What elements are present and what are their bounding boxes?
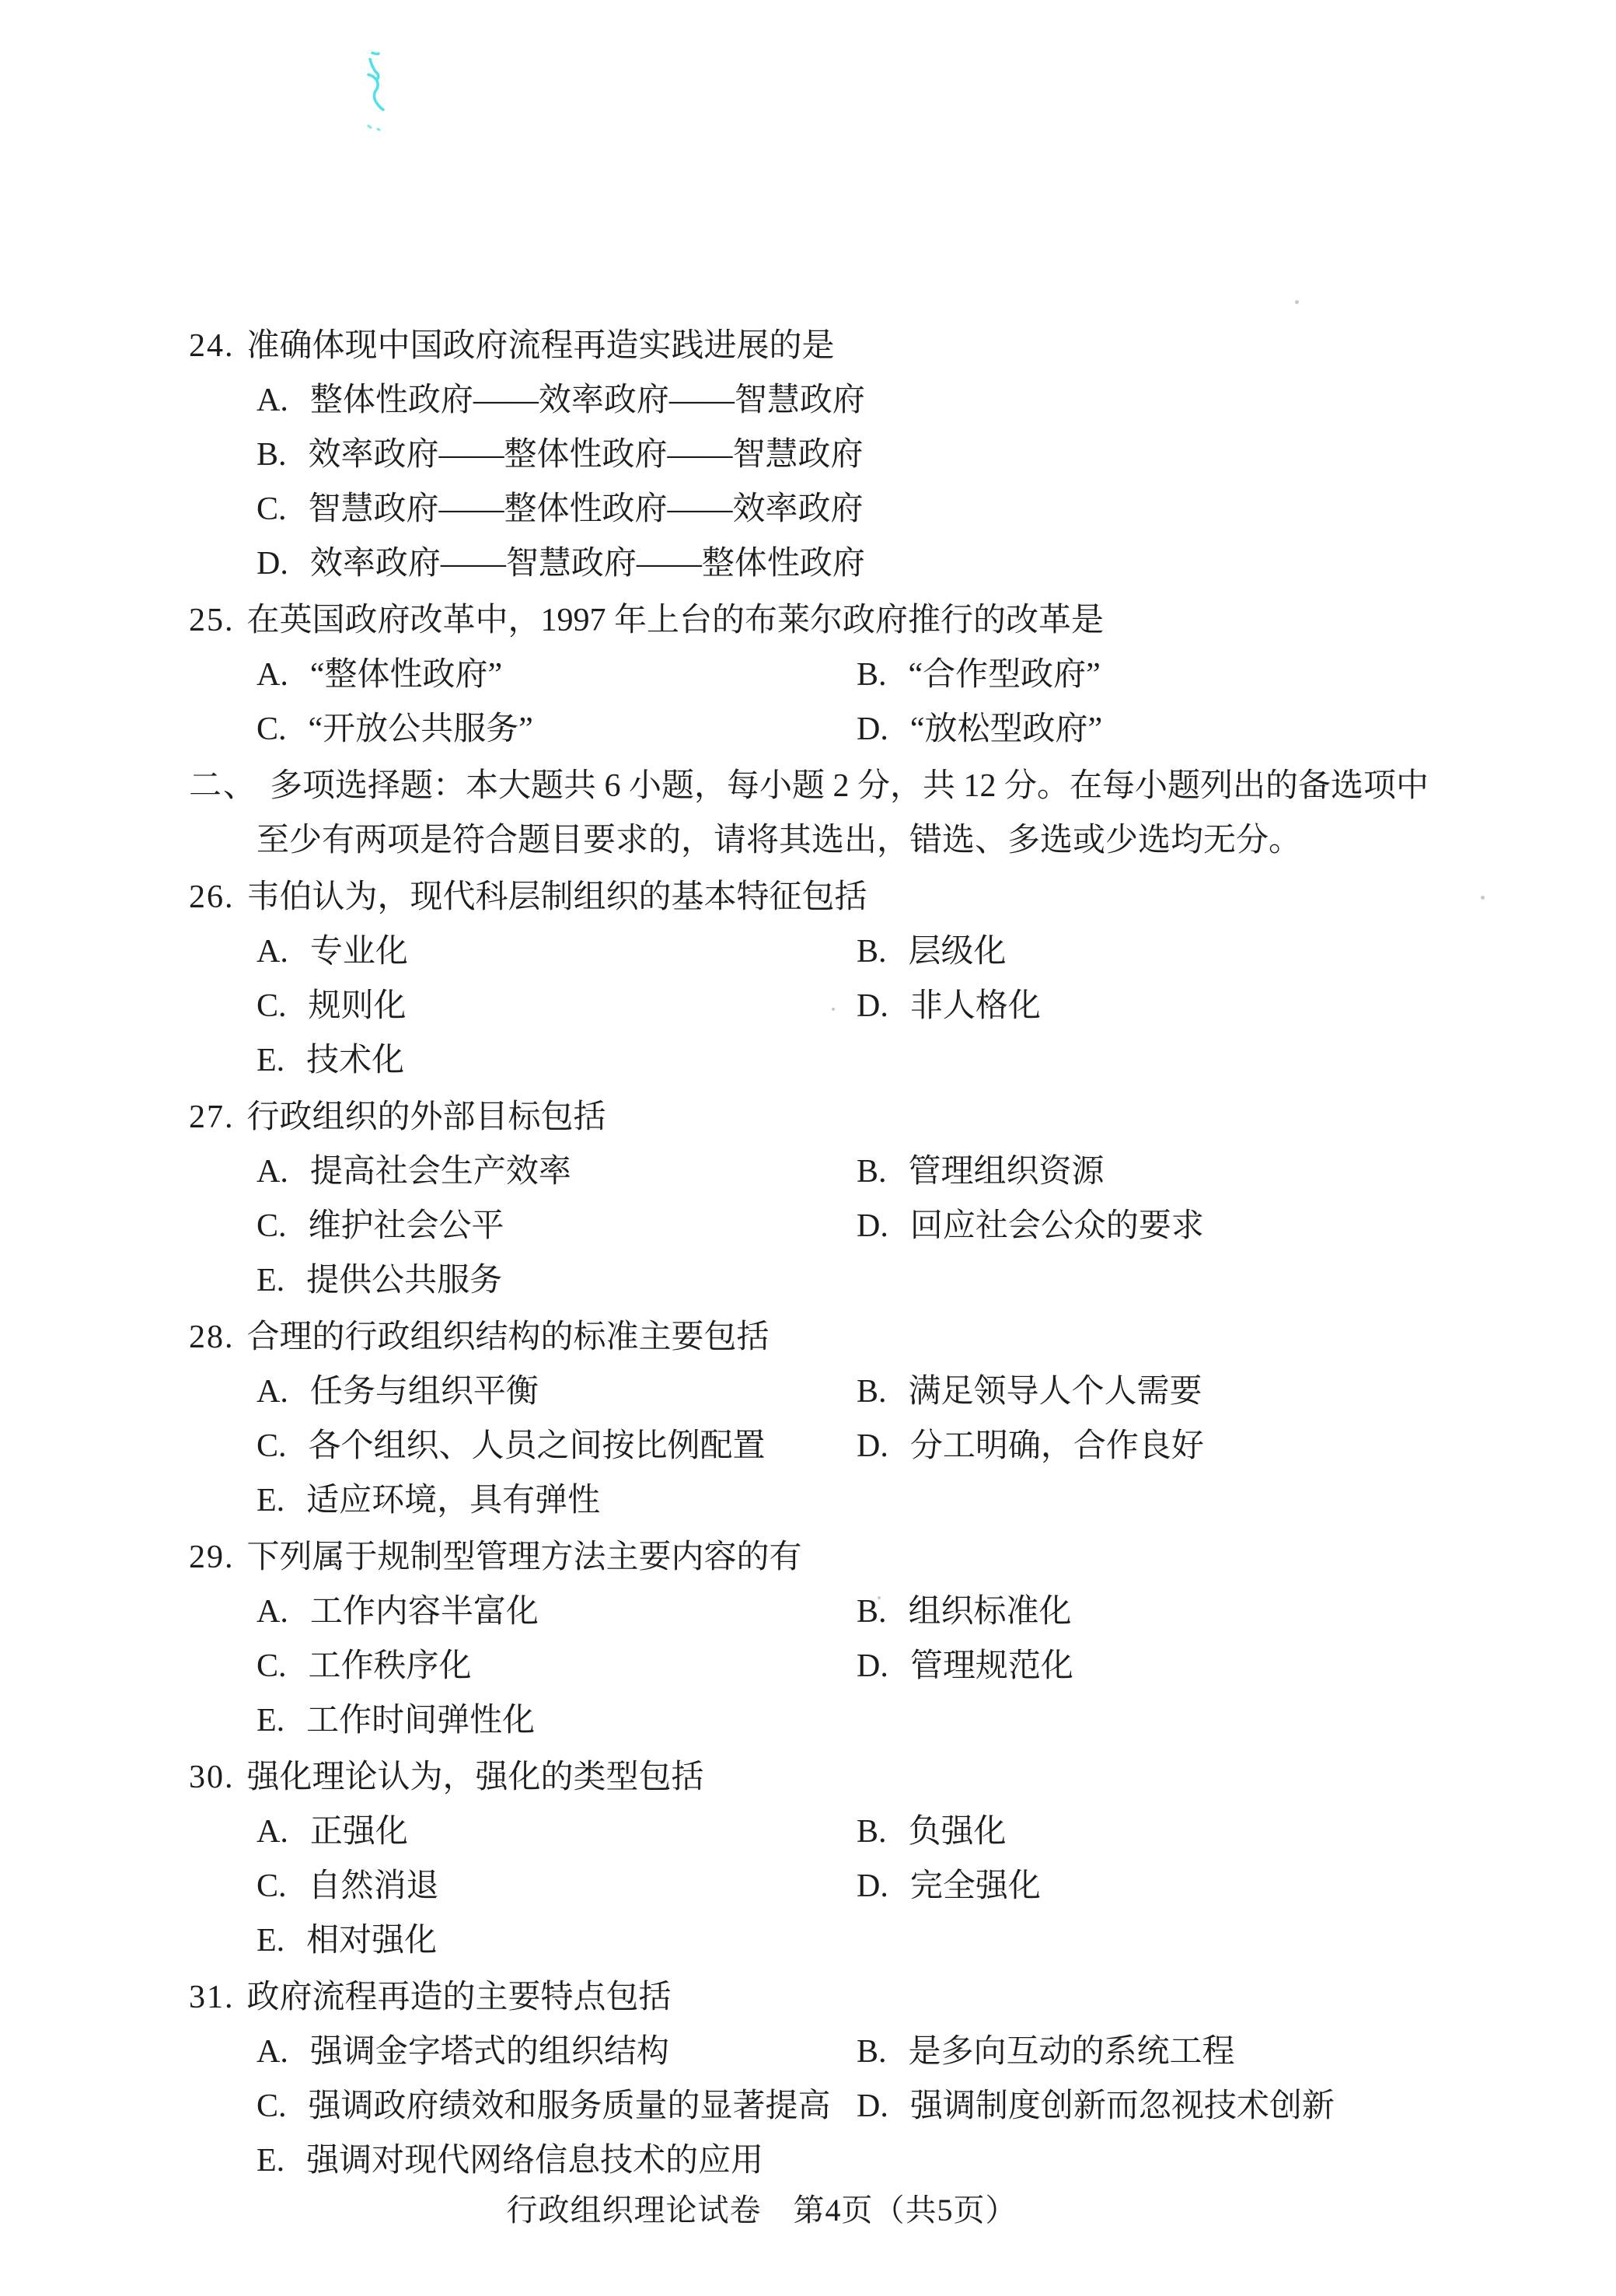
page-footer: 行政组织理论试卷 第4页（共5页） <box>0 2183 1524 2238</box>
exam-content: 24.准确体现中国政府流程再造实践进展的是A.整体性政府——效率政府——智慧政府… <box>0 0 1616 2188</box>
option-row: C.各个组织、人员之间按比例配置D.分工明确，合作良好 <box>0 1419 1616 1473</box>
option-label: D. <box>857 1419 888 1473</box>
option: A.正强化 <box>257 1805 857 1859</box>
option-label: A. <box>257 924 288 979</box>
option-row: A.专业化B.层级化 <box>0 924 1616 979</box>
option-label: D. <box>857 1639 888 1693</box>
option: C.智慧政府——整体性政府——效率政府 <box>257 482 864 536</box>
option: C.工作秩序化 <box>257 1639 857 1693</box>
option: C.维护社会公平 <box>257 1199 857 1253</box>
option-text: 工作内容半富化 <box>310 1594 539 1630</box>
option: E.技术化 <box>257 1033 857 1088</box>
option-text: 智慧政府——整体性政府——效率政府 <box>309 491 864 527</box>
option-label: C. <box>257 1199 287 1253</box>
option-label: A. <box>257 648 288 702</box>
option: B.是多向互动的系统工程 <box>857 2025 1235 2079</box>
option-text: 完全强化 <box>910 1868 1041 1904</box>
option-label: C. <box>257 1419 287 1473</box>
scan-speck <box>832 1008 835 1011</box>
section-header: 二、多项选择题：本大题共 6 小题，每小题 2 分，共 12 分。在每小题列出的… <box>0 759 1616 868</box>
option-row: A.工作内容半富化B.组织标准化 <box>0 1585 1616 1639</box>
option-label: C. <box>257 702 287 757</box>
option-label: A. <box>257 2025 288 2079</box>
option-row: C.维护社会公平D.回应社会公众的要求 <box>0 1199 1616 1253</box>
option-label: B. <box>857 1585 887 1639</box>
option: D.完全强化 <box>857 1859 1041 1913</box>
option-text: 效率政府——整体性政府——智慧政府 <box>309 437 864 473</box>
question-title: 29.下列属于规制型管理方法主要内容的有 <box>0 1530 1616 1585</box>
option-row: E.适应环境，具有弹性 <box>0 1473 1616 1528</box>
option-label: A. <box>257 1805 288 1859</box>
option-row: C.规则化D.非人格化 <box>0 979 1616 1033</box>
option-text: 正强化 <box>310 1814 408 1850</box>
option-row: A.提高社会生产效率B.管理组织资源 <box>0 1145 1616 1199</box>
option-label: B. <box>857 924 887 979</box>
option: A.整体性政府——效率政府——智慧政府 <box>257 373 865 428</box>
option-row: A.任务与组织平衡B.满足领导人个人需要 <box>0 1365 1616 1419</box>
option-label: E. <box>257 2133 284 2188</box>
option-label: E. <box>257 1253 284 1308</box>
option: B.管理组织资源 <box>857 1145 1105 1199</box>
option: B.负强化 <box>857 1805 1007 1859</box>
option: D.效率政府——智慧政府——整体性政府 <box>257 536 865 591</box>
option-label: B. <box>857 1805 887 1859</box>
option-row: E.强调对现代网络信息技术的应用 <box>0 2133 1616 2188</box>
option-text: 规则化 <box>309 988 407 1024</box>
question-text: 准确体现中国政府流程再造实践进展的是 <box>247 328 835 364</box>
option-text: 强调制度创新而忽视技术创新 <box>910 2088 1335 2124</box>
option-text: 管理组织资源 <box>909 1154 1105 1190</box>
section-line: 至少有两项是符合题目要求的，请将其选出，错选、多选或少选均无分。 <box>0 813 1616 868</box>
option: E.相对强化 <box>257 1913 857 1968</box>
option-label: E. <box>257 1693 284 1748</box>
question-title: 30.强化理论认为，强化的类型包括 <box>0 1750 1616 1805</box>
option: E.提供公共服务 <box>257 1253 857 1308</box>
option: B.“合作型政府” <box>857 648 1101 702</box>
option-row: E.工作时间弹性化 <box>0 1693 1616 1748</box>
question-text: 韦伯认为，现代科层制组织的基本特征包括 <box>247 879 867 915</box>
option: A.专业化 <box>257 924 857 979</box>
question-text: 下列属于规制型管理方法主要内容的有 <box>247 1539 802 1575</box>
option: E.工作时间弹性化 <box>257 1693 857 1748</box>
option-label: E. <box>257 1913 284 1968</box>
option-text: 维护社会公平 <box>309 1208 504 1244</box>
section-line: 二、多项选择题：本大题共 6 小题，每小题 2 分，共 12 分。在每小题列出的… <box>0 759 1616 813</box>
option-label: E. <box>257 1473 284 1528</box>
section-prefix: 二、 <box>189 759 257 813</box>
option-row: D.效率政府——智慧政府——整体性政府 <box>0 536 1616 591</box>
question-number: 27. <box>189 1090 235 1145</box>
option-text: 回应社会公众的要求 <box>910 1208 1204 1244</box>
option-row: B.效率政府——整体性政府——智慧政府 <box>0 428 1616 482</box>
question-text: 合理的行政组织结构的标准主要包括 <box>247 1319 770 1355</box>
question-number: 31. <box>189 1970 235 2025</box>
question-block: 31.政府流程再造的主要特点包括A.强调金字塔式的组织结构B.是多向互动的系统工… <box>0 1970 1616 2188</box>
option: D.回应社会公众的要求 <box>857 1199 1204 1253</box>
option-label: D. <box>857 1199 888 1253</box>
option-row: C.工作秩序化D.管理规范化 <box>0 1639 1616 1693</box>
question-block: 25.在英国政府改革中，1997 年上台的布莱尔政府推行的改革是A.“整体性政府… <box>0 593 1616 757</box>
question-title: 27.行政组织的外部目标包括 <box>0 1090 1616 1145</box>
option-label: D. <box>257 536 288 591</box>
option: C.各个组织、人员之间按比例配置 <box>257 1419 857 1473</box>
option-text: 是多向互动的系统工程 <box>909 2034 1235 2070</box>
option-text: 负强化 <box>909 1814 1007 1850</box>
option: C.强调政府绩效和服务质量的显著提高 <box>257 2079 857 2133</box>
question-number: 30. <box>189 1750 235 1805</box>
option: E.强调对现代网络信息技术的应用 <box>257 2133 857 2188</box>
question-title: 24.准确体现中国政府流程再造实践进展的是 <box>0 319 1616 373</box>
option-text: 非人格化 <box>910 988 1041 1024</box>
option-text: 提供公共服务 <box>306 1263 502 1298</box>
option-text: 强调金字塔式的组织结构 <box>310 2034 669 2070</box>
option-text: 工作时间弹性化 <box>306 1703 535 1739</box>
option-text: 层级化 <box>909 934 1007 970</box>
option-label: D. <box>857 1859 888 1913</box>
question-title: 31.政府流程再造的主要特点包括 <box>0 1970 1616 2025</box>
option-label: C. <box>257 1639 287 1693</box>
option-text: 各个组织、人员之间按比例配置 <box>309 1428 766 1464</box>
option: A.“整体性政府” <box>257 648 857 702</box>
option: C.“开放公共服务” <box>257 702 857 757</box>
scan-speck <box>878 1596 881 1599</box>
question-text: 在英国政府改革中，1997 年上台的布莱尔政府推行的改革是 <box>247 603 1105 638</box>
option-row: C.强调政府绩效和服务质量的显著提高D.强调制度创新而忽视技术创新 <box>0 2079 1616 2133</box>
option-text: 整体性政府——效率政府——智慧政府 <box>310 383 865 418</box>
question-block: 24.准确体现中国政府流程再造实践进展的是A.整体性政府——效率政府——智慧政府… <box>0 319 1616 591</box>
option-row: A.整体性政府——效率政府——智慧政府 <box>0 373 1616 428</box>
option: B.组织标准化 <box>857 1585 1072 1639</box>
option: B.层级化 <box>857 924 1007 979</box>
option-row: E.相对强化 <box>0 1913 1616 1968</box>
option: B.满足领导人个人需要 <box>857 1365 1202 1419</box>
question-title: 25.在英国政府改革中，1997 年上台的布莱尔政府推行的改革是 <box>0 593 1616 648</box>
exam-scan-page: 24.准确体现中国政府流程再造实践进展的是A.整体性政府——效率政府——智慧政府… <box>0 0 1616 2296</box>
question-block: 28.合理的行政组织结构的标准主要包括A.任务与组织平衡B.满足领导人个人需要C… <box>0 1310 1616 1528</box>
option: D.分工明确，合作良好 <box>857 1419 1204 1473</box>
option-text: 管理规范化 <box>910 1648 1073 1684</box>
question-number: 26. <box>189 870 235 924</box>
option: D.强调制度创新而忽视技术创新 <box>857 2079 1335 2133</box>
question-text: 强化理论认为，强化的类型包括 <box>247 1760 704 1795</box>
option-text: 专业化 <box>310 934 408 970</box>
option-text: “开放公共服务” <box>309 711 533 747</box>
section-text: 多项选择题：本大题共 6 小题，每小题 2 分，共 12 分。在每小题列出的备选… <box>270 768 1429 804</box>
option-label: B. <box>857 1365 887 1419</box>
question-title: 28.合理的行政组织结构的标准主要包括 <box>0 1310 1616 1365</box>
option: E.适应环境，具有弹性 <box>257 1473 857 1528</box>
option: B.效率政府——整体性政府——智慧政府 <box>257 428 864 482</box>
option-row: C.智慧政府——整体性政府——效率政府 <box>0 482 1616 536</box>
question-number: 29. <box>189 1530 235 1585</box>
option-row: C.“开放公共服务”D.“放松型政府” <box>0 702 1616 757</box>
option-row: A.“整体性政府”B.“合作型政府” <box>0 648 1616 702</box>
option: D.非人格化 <box>857 979 1041 1033</box>
option-label: C. <box>257 482 287 536</box>
option-text: 提高社会生产效率 <box>310 1154 571 1190</box>
option-label: D. <box>857 979 888 1033</box>
option-text: 相对强化 <box>306 1923 437 1959</box>
option-label: B. <box>857 2025 887 2079</box>
option-text: 分工明确，合作良好 <box>910 1428 1204 1464</box>
option: A.工作内容半富化 <box>257 1585 857 1639</box>
option-label: D. <box>857 702 888 757</box>
option-label: A. <box>257 1145 288 1199</box>
option: A.任务与组织平衡 <box>257 1365 857 1419</box>
option: C.规则化 <box>257 979 857 1033</box>
option: A.提高社会生产效率 <box>257 1145 857 1199</box>
question-text: 行政组织的外部目标包括 <box>247 1099 606 1135</box>
question-text: 政府流程再造的主要特点包括 <box>247 1980 672 2015</box>
option-row: A.强调金字塔式的组织结构B.是多向互动的系统工程 <box>0 2025 1616 2079</box>
option-text: 自然消退 <box>309 1868 439 1904</box>
option-label: B. <box>257 428 287 482</box>
option-label: C. <box>257 2079 287 2133</box>
question-block: 30.强化理论认为，强化的类型包括A.正强化B.负强化C.自然消退D.完全强化E… <box>0 1750 1616 1968</box>
option-row: A.正强化B.负强化 <box>0 1805 1616 1859</box>
question-block: 26.韦伯认为，现代科层制组织的基本特征包括A.专业化B.层级化C.规则化D.非… <box>0 870 1616 1088</box>
option-label: C. <box>257 979 287 1033</box>
question-title: 26.韦伯认为，现代科层制组织的基本特征包括 <box>0 870 1616 924</box>
option-row: C.自然消退D.完全强化 <box>0 1859 1616 1913</box>
option-text: 组织标准化 <box>909 1594 1072 1630</box>
option-label: D. <box>857 2079 888 2133</box>
option-text: “整体性政府” <box>310 657 502 693</box>
question-block: 27.行政组织的外部目标包括A.提高社会生产效率B.管理组织资源C.维护社会公平… <box>0 1090 1616 1308</box>
question-number: 24. <box>189 319 235 373</box>
question-number: 25. <box>189 593 235 648</box>
option-label: A. <box>257 1585 288 1639</box>
option-label: B. <box>857 1145 887 1199</box>
option-text: “放松型政府” <box>910 711 1102 747</box>
option-label: E. <box>257 1033 284 1088</box>
option-text: 技术化 <box>306 1043 404 1078</box>
scan-speck <box>1481 896 1485 900</box>
question-number: 28. <box>189 1310 235 1365</box>
option: A.强调金字塔式的组织结构 <box>257 2025 857 2079</box>
option-text: 强调政府绩效和服务质量的显著提高 <box>309 2088 831 2124</box>
scan-speck <box>1295 300 1299 304</box>
option-label: B. <box>857 648 887 702</box>
option-text: “合作型政府” <box>909 657 1101 693</box>
option-text: 效率政府——智慧政府——整体性政府 <box>310 546 865 582</box>
option-text: 适应环境，具有弹性 <box>306 1483 600 1518</box>
option-text: 工作秩序化 <box>309 1648 472 1684</box>
option-label: C. <box>257 1859 287 1913</box>
option-label: A. <box>257 1365 288 1419</box>
option-row: E.技术化 <box>0 1033 1616 1088</box>
option: C.自然消退 <box>257 1859 857 1913</box>
option: D.管理规范化 <box>857 1639 1073 1693</box>
option-text: 强调对现代网络信息技术的应用 <box>306 2143 763 2179</box>
option-text: 任务与组织平衡 <box>310 1374 539 1410</box>
option-row: E.提供公共服务 <box>0 1253 1616 1308</box>
option: D.“放松型政府” <box>857 702 1102 757</box>
option-label: A. <box>257 373 288 428</box>
cyan-pen-mark-icon <box>351 47 398 148</box>
question-block: 29.下列属于规制型管理方法主要内容的有A.工作内容半富化B.组织标准化C.工作… <box>0 1530 1616 1748</box>
option-text: 满足领导人个人需要 <box>909 1374 1202 1410</box>
